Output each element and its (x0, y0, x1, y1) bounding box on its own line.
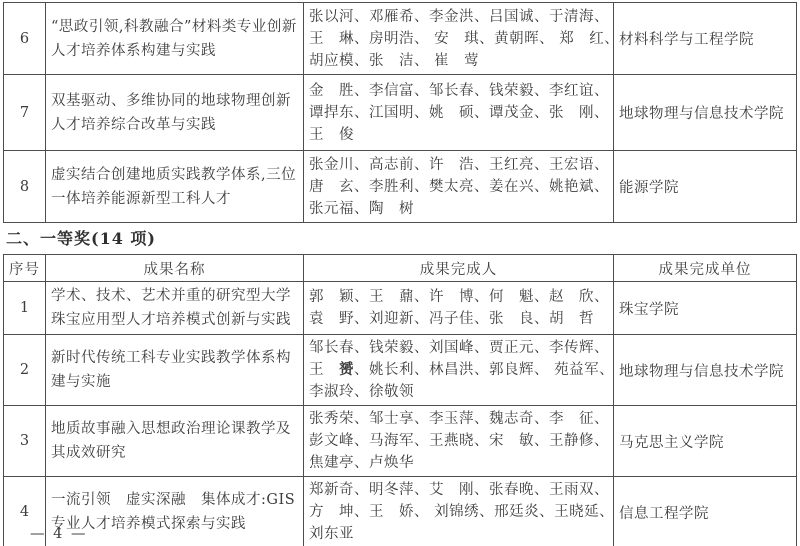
achievement-unit: 信息工程学院 (614, 477, 797, 546)
achievement-name: 虚实结合创建地质实践教学体系,三位一体培养能源新型工科人才 (46, 151, 304, 223)
table-row: 3 地质故事融入思想政治理论课教学及其成效研究 张秀荣、邹士享、李玉萍、魏志奇、… (4, 406, 797, 477)
document-page: 6 “思政引领,科教融合”材料类专业创新人才培养体系构建与实践 张以河、邓雁希、… (0, 0, 800, 546)
row-number: 2 (4, 335, 46, 406)
achievement-name: 新时代传统工科专业实践教学体系构建与实施 (46, 335, 304, 406)
table-row: 8 虚实结合创建地质实践教学体系,三位一体培养能源新型工科人才 张金川、高志前、… (4, 151, 797, 223)
achievement-name: 双基驱动、多维协同的地球物理创新人才培养综合改革与实践 (46, 75, 304, 151)
table-row: 1 学术、技术、艺术并重的研究型大学珠宝应用型人才培养模式创新与实践 郭 颖、王… (4, 282, 797, 335)
people-line: 谭捍东、江国明、姚 硕、谭茂金、张 刚、 (309, 102, 608, 124)
achievement-unit: 地球物理与信息技术学院 (614, 75, 797, 151)
people-line: 袁 野、刘迎新、冯子佳、张 良、胡 哲 (309, 308, 608, 330)
people-line: 刘东亚 (309, 523, 608, 545)
table-row: 6 “思政引领,科教融合”材料类专业创新人才培养体系构建与实践 张以河、邓雁希、… (4, 3, 797, 75)
row-number: 8 (4, 151, 46, 223)
people-name: 王 (309, 362, 339, 378)
people-line: 金 胜、李信富、邹长春、钱荣毅、李红谊、 (309, 80, 608, 102)
people-line: 邹长春、钱荣毅、刘国峰、贾正元、李传辉、 (309, 337, 608, 359)
people-line: 张以河、邓雁希、李金洪、吕国诚、于清海、 (309, 6, 608, 28)
header-achievement-people: 成果完成人 (304, 255, 614, 282)
table-row: 2 新时代传统工科专业实践教学体系构建与实施 邹长春、钱荣毅、刘国峰、贾正元、李… (4, 335, 797, 406)
achievement-unit: 能源学院 (614, 151, 797, 223)
table-row: 7 双基驱动、多维协同的地球物理创新人才培养综合改革与实践 金 胜、李信富、邹长… (4, 75, 797, 151)
page-number: — 4 — (30, 526, 87, 542)
people-line: 胡应模、张 洁、 崔 莺 (309, 50, 608, 72)
people-line: 郭 颖、王 鼐、许 博、何 魁、赵 欣、 (309, 286, 608, 308)
achievement-name: 学术、技术、艺术并重的研究型大学珠宝应用型人才培养模式创新与实践 (46, 282, 304, 335)
people-line: 张金川、高志前、许 浩、王红亮、王宏语、 (309, 154, 608, 176)
people-line: 王 琳、房明浩、 安 琪、黄朝晖、 郑 红、 (309, 28, 608, 50)
table-header-row: 序号 成果名称 成果完成人 成果完成单位 (4, 255, 797, 282)
achievement-name: 地质故事融入思想政治理论课教学及其成效研究 (46, 406, 304, 477)
people-line: 王 俊 (309, 124, 608, 146)
achievement-people: 张以河、邓雁希、李金洪、吕国诚、于清海、 王 琳、房明浩、 安 琪、黄朝晖、 郑… (304, 3, 614, 75)
achievement-people: 金 胜、李信富、邹长春、钱荣毅、李红谊、 谭捍东、江国明、姚 硕、谭茂金、张 刚… (304, 75, 614, 151)
achievement-people: 郑新奇、明冬萍、艾 刚、张春晚、王雨双、 方 坤、王 娇、 刘锦绣、邢廷炎、王晓… (304, 477, 614, 546)
achievement-name: “思政引领,科教融合”材料类专业创新人才培养体系构建与实践 (46, 3, 304, 75)
first-prize-table: 序号 成果名称 成果完成人 成果完成单位 1 学术、技术、艺术并重的研究型大学珠… (3, 254, 797, 546)
header-serial: 序号 (4, 255, 46, 282)
people-names: 、姚长利、林昌洪、郭良辉、 苑益军、 (354, 362, 614, 378)
people-line: 王 赟、姚长利、林昌洪、郭良辉、 苑益军、 (309, 359, 608, 381)
achievement-people: 郭 颖、王 鼐、许 博、何 魁、赵 欣、 袁 野、刘迎新、冯子佳、张 良、胡 哲 (304, 282, 614, 335)
row-number: 6 (4, 3, 46, 75)
row-number: 3 (4, 406, 46, 477)
achievement-unit: 材料科学与工程学院 (614, 3, 797, 75)
people-line: 李淑玲、徐敬领 (309, 381, 608, 403)
people-line: 唐 玄、李胜利、樊太亮、姜在兴、姚艳斌、 (309, 176, 608, 198)
people-line: 方 坤、王 娇、 刘锦绣、邢廷炎、王晓延、 (309, 501, 608, 523)
row-number: 7 (4, 75, 46, 151)
achievement-unit: 地球物理与信息技术学院 (614, 335, 797, 406)
second-prize-table: 6 “思政引领,科教融合”材料类专业创新人才培养体系构建与实践 张以河、邓雁希、… (3, 2, 797, 223)
achievement-people: 张秀荣、邹士享、李玉萍、魏志奇、李 征、 彭文峰、马海军、王燕晓、宋 敏、王静修… (304, 406, 614, 477)
people-line: 彭文峰、马海军、王燕晓、宋 敏、王静修、 (309, 430, 608, 452)
achievement-people: 张金川、高志前、许 浩、王红亮、王宏语、 唐 玄、李胜利、樊太亮、姜在兴、姚艳斌… (304, 151, 614, 223)
people-line: 郑新奇、明冬萍、艾 刚、张春晚、王雨双、 (309, 479, 608, 501)
achievement-people: 邹长春、钱荣毅、刘国峰、贾正元、李传辉、 王 赟、姚长利、林昌洪、郭良辉、 苑益… (304, 335, 614, 406)
people-line: 张元福、陶 树 (309, 198, 608, 220)
row-number: 1 (4, 282, 46, 335)
section-heading-first-prize: 二、一等奖(14 项) (6, 228, 800, 250)
people-line: 焦建亭、卢焕华 (309, 452, 608, 474)
people-line: 张秀荣、邹士享、李玉萍、魏志奇、李 征、 (309, 408, 608, 430)
people-name-bold: 赟 (339, 361, 354, 378)
table-row: 4 一流引领 虚实深融 集体成才:GIS 专业人才培养模式探索与实践 郑新奇、明… (4, 477, 797, 546)
achievement-unit: 马克思主义学院 (614, 406, 797, 477)
header-achievement-unit: 成果完成单位 (614, 255, 797, 282)
achievement-unit: 珠宝学院 (614, 282, 797, 335)
header-achievement-name: 成果名称 (46, 255, 304, 282)
